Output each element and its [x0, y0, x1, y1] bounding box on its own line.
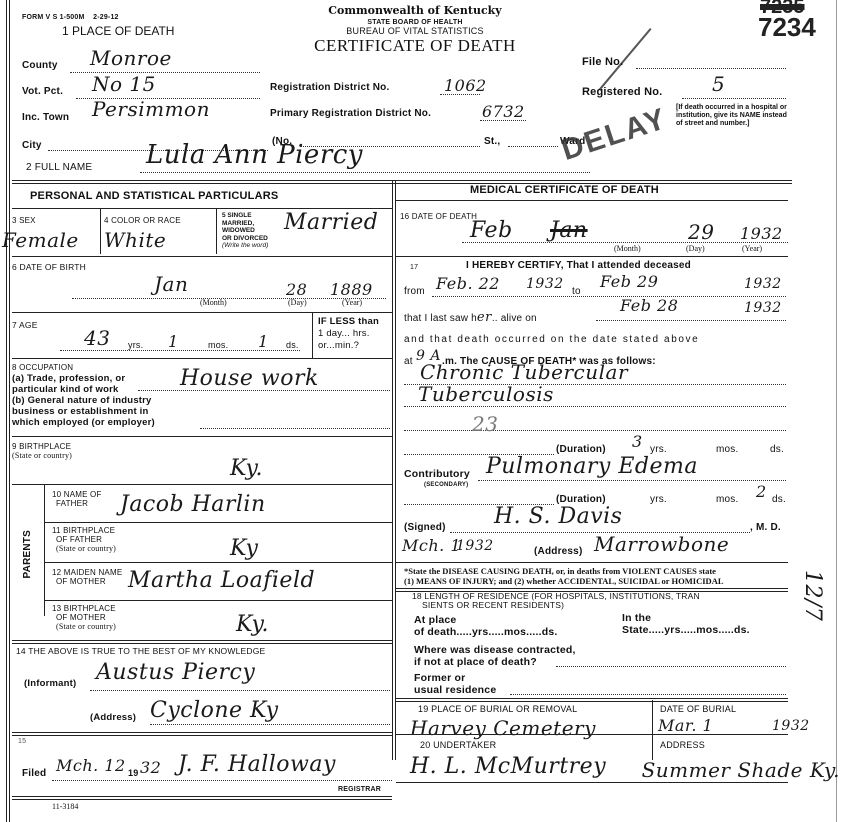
age-yrs-label: yrs. [128, 340, 143, 350]
delay-stamp: DELAY [557, 102, 671, 168]
row-rule-residence [396, 698, 788, 702]
informant-address-value: Cyclone Ky [150, 698, 279, 723]
registrar-signature: J. F. Halloway [178, 752, 336, 777]
signed-address-value: Marrowbone [594, 532, 729, 556]
city-label: City [22, 140, 42, 151]
vot-pct-value: No 15 [92, 72, 156, 96]
mother-name-value: Martha Loafield [128, 568, 315, 593]
burial-year-value: 1932 [772, 718, 810, 734]
inc-town-value: Persimmon [92, 97, 210, 121]
father-name-value: Jacob Harlin [120, 492, 266, 517]
contributory-value: Pulmonary Edema [486, 454, 698, 479]
mother-name-label: 12 MAIDEN NAME OF MOTHER [52, 568, 122, 586]
footnote: *State the DISEASE CAUSING DEATH, or, in… [404, 566, 724, 586]
informant-label: (Informant) [24, 678, 76, 689]
contrib-ds-label: ds. [772, 494, 786, 505]
cause-mos-label: mos. [716, 444, 738, 455]
cause-line-3-value: 23 [472, 412, 498, 436]
to-date: Feb 29 [600, 272, 658, 291]
last-saw-label: that I last saw her.. alive on [404, 310, 537, 325]
personal-section-title: PERSONAL AND STATISTICAL PARTICULARS [30, 190, 278, 202]
full-name-line [140, 172, 590, 173]
inc-town-label: Inc. Town [22, 112, 69, 123]
row-rule-informant [12, 732, 392, 736]
residence-label: 18 LENGTH OF RESIDENCE (FOR HOSPITALS, I… [412, 592, 700, 610]
birthplace-value: Ky. [230, 456, 263, 481]
contributory-sub-label: (SECONDARY) [424, 482, 468, 488]
left-border [6, 0, 10, 822]
contributory-label: Contributory [404, 468, 470, 480]
father-name-label: 10 NAME OF FATHER [52, 490, 102, 508]
race-marital-divider [216, 208, 217, 254]
filed-label: Filed [22, 768, 46, 779]
margin-note: 12/7 [800, 570, 825, 621]
county-label: County [22, 60, 58, 71]
dob-month-caption: (Month) [200, 298, 227, 307]
dod-year: 1932 [740, 224, 783, 243]
full-name-value: Lula Ann Piercy [146, 140, 363, 170]
occupation-b-line [200, 428, 390, 429]
last-saw-line [596, 320, 786, 321]
row-rule-parents-end [12, 640, 392, 644]
contrib-mos-label: mos. [716, 494, 738, 505]
row-rule-sex [12, 256, 392, 257]
md-label: , M. D. [750, 522, 781, 533]
sex-label: 3 SEX [12, 216, 36, 225]
medical-section-title: MEDICAL CERTIFICATE OF DEATH [470, 184, 659, 196]
burial-date-value: Mar. 1 [658, 716, 713, 735]
row-rule-father [44, 522, 392, 523]
dod-day: 29 [688, 220, 714, 244]
registered-no-label: Registered No. [582, 86, 662, 98]
dod-month: Feb [470, 218, 513, 243]
race-label: 4 COLOR OR RACE [104, 216, 181, 225]
filed-year-prefix: 19 [128, 768, 138, 778]
vot-pct-label: Vot. Pct. [22, 86, 63, 97]
age-mos-label: mos. [208, 340, 228, 350]
dob-year: 1889 [330, 280, 373, 299]
sex-race-divider [100, 208, 101, 254]
registered-no-line [682, 98, 786, 99]
right-scan-edge [836, 0, 837, 822]
stamp-number: 7234 [758, 12, 816, 43]
certify-text: I HEREBY CERTIFY, That I attended deceas… [466, 260, 691, 271]
disease-contracted-line [556, 666, 786, 667]
certificate-header: Commonwealth of Kentucky STATE BOARD OF … [300, 4, 530, 56]
from-date: Feb. 22 [436, 274, 500, 293]
to-label: to [572, 286, 581, 297]
former-residence-line [510, 694, 786, 695]
dob-month: Jan [154, 272, 188, 296]
file-no-line [636, 68, 786, 69]
dob-label: 6 DATE OF BIRTH [12, 262, 86, 272]
row-rule-age [12, 358, 392, 359]
row-rule-dod [396, 256, 788, 257]
ward-line [508, 146, 558, 147]
father-birthplace-value: Ky [230, 536, 258, 561]
physician-signature: H. S. Davis [494, 504, 622, 529]
filed-year: 32 [140, 758, 161, 777]
age-less-divider [312, 312, 313, 358]
at-place-residence: At place of death.....yrs.....mos.....ds… [414, 614, 558, 638]
primary-registration-value: 6732 [482, 102, 525, 121]
dod-day-caption: (Day) [686, 244, 705, 253]
burial-date-divider [652, 700, 653, 760]
registration-district-label: Registration District No. [270, 82, 389, 93]
primary-registration-label: Primary Registration District No. [270, 108, 431, 119]
county-value: Monroe [90, 46, 172, 70]
filed-line [52, 780, 392, 781]
dod-label: 16 DATE OF DEATH [400, 212, 477, 221]
at-label: at [404, 356, 413, 367]
hospital-note: [If death occurred in a hospital or inst… [676, 104, 788, 128]
marital-label: 5 SINGLE MARRIED, WIDOWED OR DIVORCED (W… [222, 212, 268, 250]
from-year: 1932 [526, 276, 564, 292]
age-label: 7 AGE [12, 320, 38, 330]
row-rule-occupation [12, 436, 392, 437]
burial-label: 19 PLACE OF BURIAL OR REMOVAL [418, 704, 577, 714]
informant-address-label: (Address) [90, 712, 136, 723]
parents-divider [44, 484, 45, 616]
age-years: 43 [84, 326, 110, 350]
undertaker-address-label: ADDRESS [660, 740, 705, 750]
dod-month-caption: (Month) [614, 244, 641, 253]
dod-month-struck: Jan [550, 218, 588, 243]
mother-birthplace-label: 13 BIRTHPLACE OF MOTHER (State or countr… [52, 604, 116, 631]
personal-title-rule [12, 208, 392, 209]
registered-no-value: 5 [712, 72, 725, 96]
row-rule-father-birthplace [44, 562, 392, 563]
registration-district-value: 1062 [444, 76, 487, 95]
cause-line-2-value: Tuberculosis [418, 382, 554, 406]
commonwealth-title: Commonwealth of Kentucky [300, 4, 530, 17]
marital-value: Married [284, 210, 378, 235]
filed-section-number: 15 [18, 738, 26, 745]
burial-place-value: Harvey Cemetery [410, 716, 596, 740]
street-label: St., [484, 136, 500, 147]
dob-day: 28 [286, 280, 307, 299]
cause-line-3 [404, 430, 786, 431]
dob-year-caption: (Year) [342, 298, 362, 307]
dod-year-caption: (Year) [742, 244, 762, 253]
signed-date: Mch. 1 [402, 536, 461, 555]
contrib-yrs-label: yrs. [650, 494, 667, 505]
cause-ds-label: ds. [770, 444, 784, 455]
row-rule-dob [12, 312, 392, 313]
signed-year: 1932 [456, 538, 494, 554]
contributory-line [478, 480, 786, 481]
name-divider [12, 180, 792, 184]
file-no-label: File No. [582, 56, 623, 68]
row-rule-filed [12, 796, 392, 800]
mother-birthplace-value: Ky. [236, 612, 269, 637]
in-state-residence: In the State.....yrs.....mos.....ds. [622, 612, 750, 636]
last-saw-date: Feb 28 [620, 296, 678, 315]
informant-line [90, 690, 390, 691]
certify-number: 17 [410, 264, 418, 271]
board-name: STATE BOARD OF HEALTH [300, 19, 530, 26]
occurred-text: and that death occurred on the date stat… [404, 334, 699, 345]
less-than-day-note: IF LESS than 1 day... hrs. or...min.? [318, 316, 379, 352]
dob-day-caption: (Day) [288, 298, 307, 307]
row-rule-undertaker [396, 782, 788, 783]
last-saw-pronoun: er [477, 310, 492, 325]
from-line [432, 296, 786, 297]
informant-address-line [150, 724, 390, 725]
undertaker-value: H. L. McMurtrey [410, 754, 606, 779]
age-days: 1 [258, 332, 269, 351]
column-divider [392, 180, 396, 760]
row-rule-mother [44, 600, 392, 601]
medical-title-rule [396, 200, 788, 201]
occupation-value: House work [180, 366, 319, 391]
disease-contracted: Where was disease contracted, if not at … [414, 644, 576, 668]
signed-address-rule [396, 562, 788, 563]
age-months: 1 [168, 332, 179, 351]
row-rule-birthplace [12, 484, 392, 485]
birthplace-label: 9 BIRTHPLACE (State or country) [12, 442, 72, 460]
bureau-name: BUREAU OF VITAL STATISTICS [300, 26, 530, 36]
contrib-duration-mos: 2 [756, 482, 767, 501]
attest-label: 14 THE ABOVE IS TRUE TO THE BEST OF MY K… [16, 646, 265, 656]
undertaker-label: 20 UNDERTAKER [420, 740, 496, 750]
informant-value: Austus Piercy [96, 660, 255, 685]
last-saw-year: 1932 [744, 300, 782, 316]
signed-address-label: (Address) [534, 546, 582, 557]
cause-line-1-value: Chronic Tubercular [420, 360, 628, 384]
cause-line-2 [404, 406, 786, 407]
burial-date-label: DATE OF BURIAL [660, 704, 736, 714]
father-birthplace-label: 11 BIRTHPLACE OF FATHER (State or countr… [52, 526, 116, 553]
parents-label: PARENTS [22, 530, 33, 578]
sex-value: Female [2, 228, 79, 252]
place-of-death-heading: 1 PLACE OF DEATH [62, 24, 174, 38]
cause-duration-yrs: 3 [632, 432, 643, 451]
registrar-label: REGISTRAR [338, 786, 381, 793]
race-value: White [104, 228, 166, 252]
form-code: FORM V S 1-500M 2-29-12 [22, 14, 119, 21]
row-rule-burial [396, 734, 788, 735]
former-residence: Former or usual residence [414, 672, 496, 696]
filed-date: Mch. 12 [56, 756, 126, 775]
from-label: from [404, 286, 425, 297]
to-year: 1932 [744, 276, 782, 292]
occupation-label: 8 OCCUPATION (a) Trade, profession, or p… [12, 362, 155, 428]
print-code: 11-3184 [52, 802, 78, 811]
signed-label: (Signed) [404, 522, 446, 533]
document-title: CERTIFICATE OF DEATH [300, 36, 530, 56]
age-ds-label: ds. [286, 340, 299, 350]
full-name-label: 2 FULL NAME [26, 162, 92, 173]
